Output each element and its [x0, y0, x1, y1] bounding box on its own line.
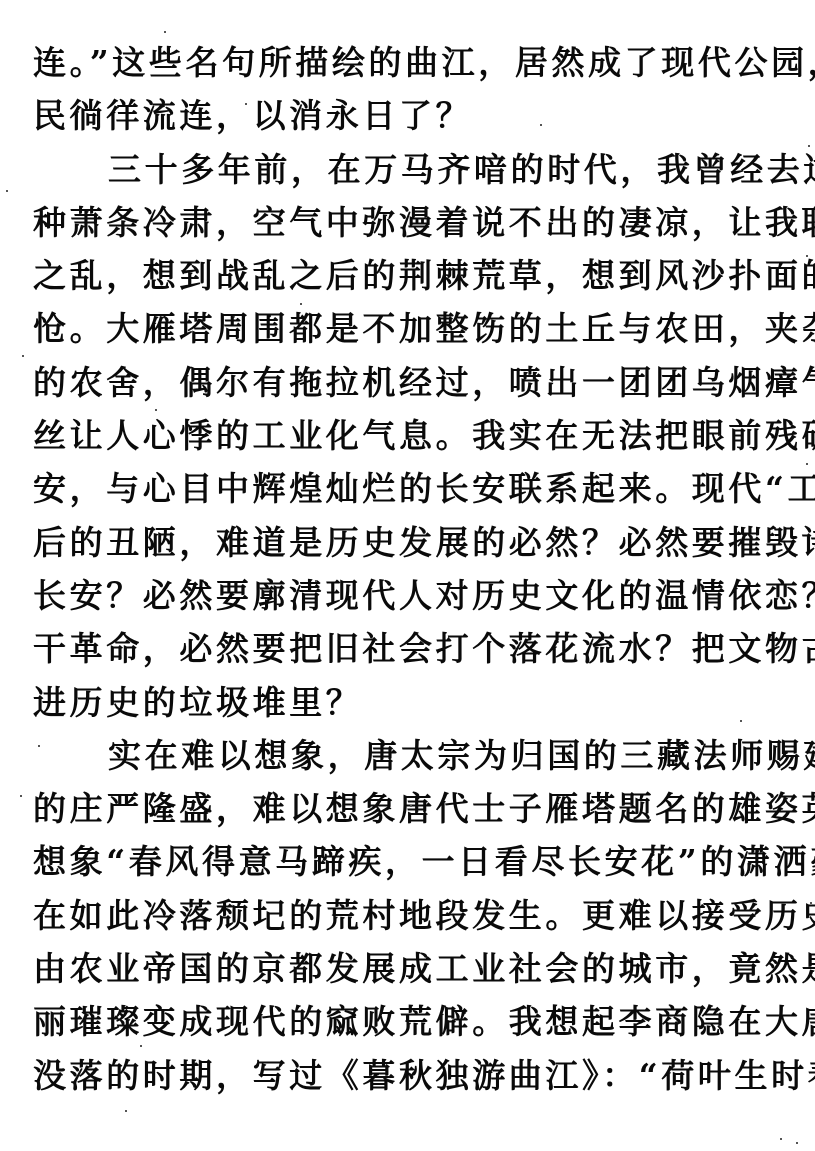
scan-speck: [245, 103, 247, 105]
text-line: 长安？必然要廓清现代人对历史文化的温情依恋？甩开膀子: [33, 569, 785, 622]
text-line: 连。”这些名句所描绘的曲江，居然成了现代公园，让西安市: [33, 36, 785, 89]
scan-speck: [740, 720, 742, 722]
scan-speck: [155, 409, 157, 411]
text-line: 想象“春风得意马蹄疾，一日看尽长安花”的潇洒豪放，可以: [33, 835, 785, 888]
text-line: 丝让人心悸的工业化气息。我实在无法把眼前残破污染的西: [33, 409, 785, 462]
scan-speck: [300, 303, 302, 305]
text-line: 三十多年前，在万马齐喑的时代，我曾经去过西安。那: [33, 143, 785, 196]
scan-speck: [796, 1142, 798, 1144]
text-line: 丽璀璨变成现代的窳败荒僻。我想起李商隐在大唐帝国开始: [33, 995, 785, 1048]
scan-speck: [410, 805, 412, 807]
scan-speck: [806, 463, 808, 465]
scan-speck: [140, 1045, 142, 1047]
text-line: 在如此冷落颓圮的荒村地段发生。更难以接受历史的轮转，: [33, 889, 785, 942]
document-page: 连。”这些名句所描绘的曲江，居然成了现代公园，让西安市 民徜徉流连，以消永日了？…: [33, 36, 785, 1102]
scan-speck: [480, 966, 482, 968]
text-line: 民徜徉流连，以消永日了？: [33, 89, 785, 142]
scan-speck: [806, 255, 808, 257]
text-line: 种萧条冷肃，空气中弥漫着说不出的凄凉，让我联想到安史: [33, 196, 785, 249]
scan-speck: [315, 580, 317, 582]
text-line: 的农舍，偶尔有拖拉机经过，喷出一团团乌烟瘴气，带来一: [33, 356, 785, 409]
scan-speck: [20, 795, 22, 797]
scan-speck: [540, 124, 542, 126]
scan-speck: [164, 31, 166, 33]
text-line: 怆。大雁塔周围都是不加整饬的土丘与农田，夹杂着灰黄色: [33, 302, 785, 355]
text-line: 进历史的垃圾堆里？: [33, 676, 785, 729]
text-line: 安，与心目中辉煌灿烂的长安联系起来。现代“工业化”之: [33, 462, 785, 515]
text-line: 由农业帝国的京都发展成工业社会的城市，竟然是从古代的亮: [33, 942, 785, 995]
text-line: 后的丑陋，难道是历史发展的必然？必然要摧毁诗情画意的: [33, 516, 785, 569]
scan-speck: [780, 1138, 782, 1140]
scan-speck: [38, 745, 40, 747]
scan-speck: [6, 190, 8, 192]
scan-speck: [808, 145, 810, 147]
text-line: 实在难以想象，唐太宗为归国的三藏法师赐建大慈恩寺: [33, 729, 785, 782]
text-line: 之乱，想到战乱之后的荆棘荒草，想到风沙扑面的狼狈与凄: [33, 249, 785, 302]
scan-speck: [22, 355, 24, 357]
scan-speck: [810, 902, 812, 904]
text-line: 的庄严隆盛，难以想象唐代士子雁塔题名的雄姿英发，难以: [33, 782, 785, 835]
text-line: 没落的时期，写过《暮秋独游曲江》：“荷叶生时春恨生，荷叶: [33, 1049, 785, 1102]
text-line: 干革命，必然要把旧社会打个落花流水？把文物古迹一概扫: [33, 622, 785, 675]
scan-speck: [125, 1110, 127, 1112]
